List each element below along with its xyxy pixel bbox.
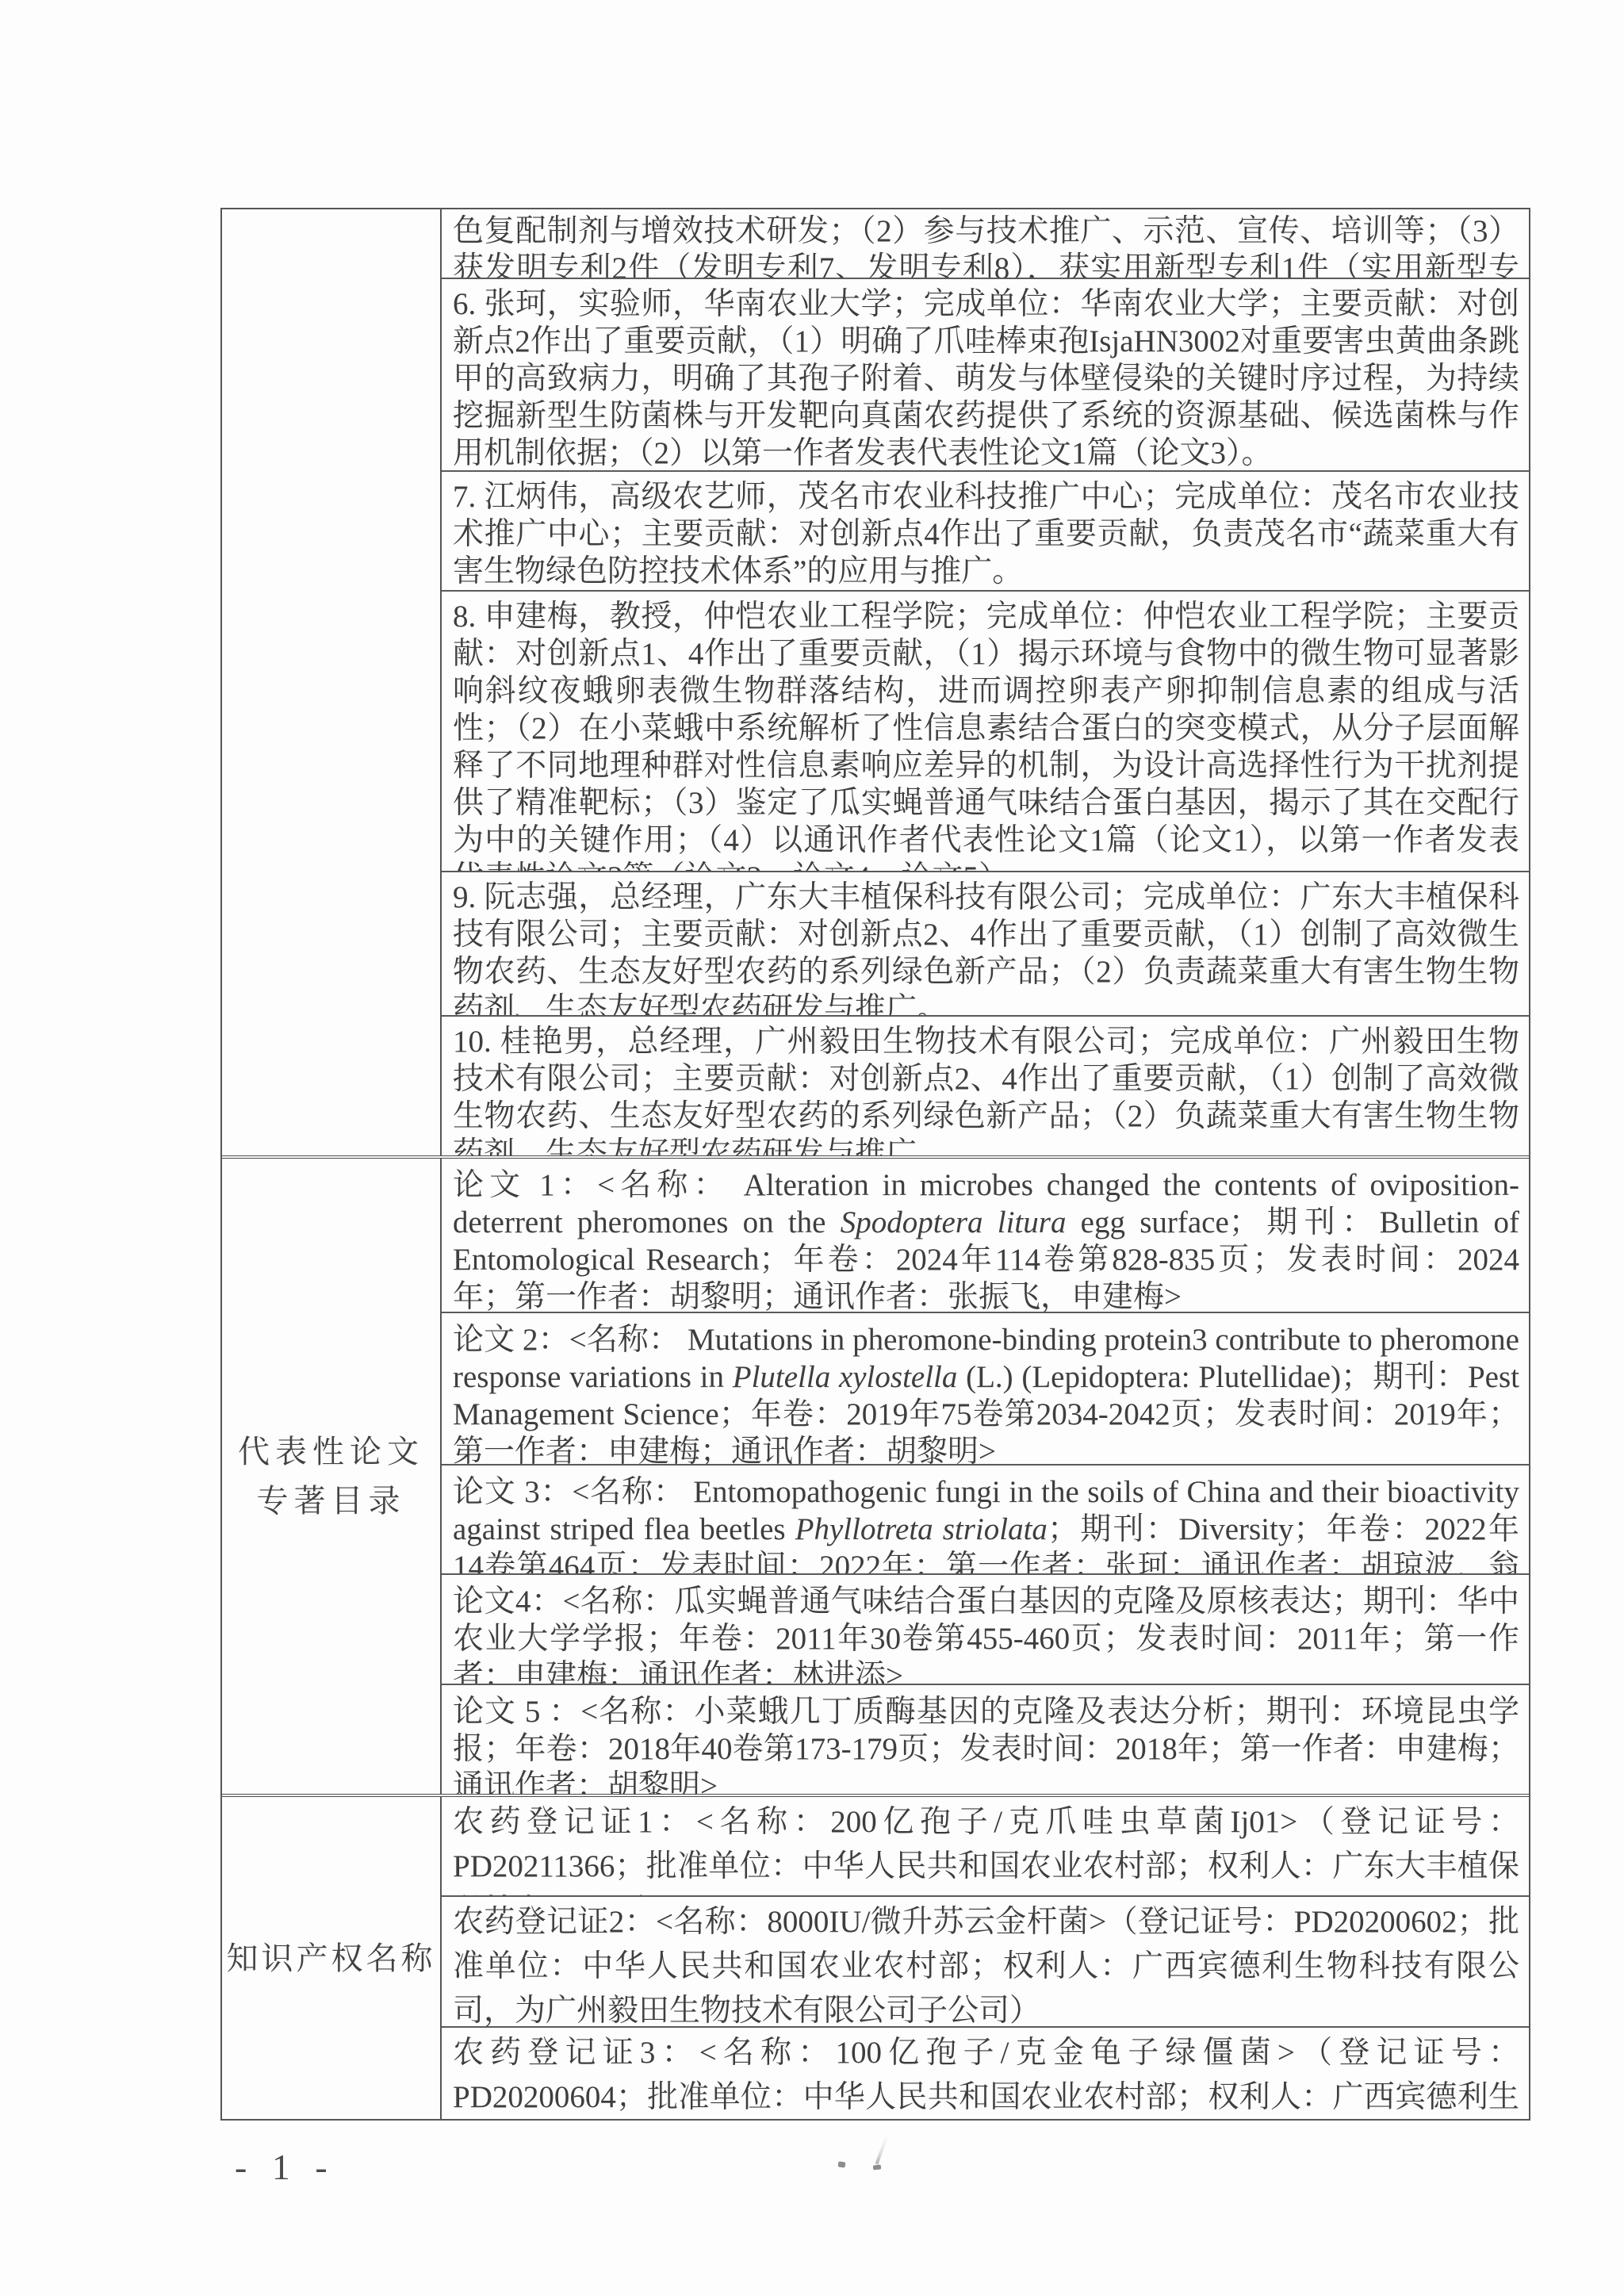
paper-row-2: 论文 2：<名称： Mutations in pheromone-binding… [442, 1312, 1529, 1464]
ip-row-1: 农药登记证1：<名称：200亿孢子/克爪哇虫草菌Ij01>（登记证号：PD202… [442, 1797, 1529, 1895]
ip-text: 农药登记证1：<名称：200亿孢子/克爪哇虫草菌Ij01>（登记证号：PD202… [453, 1805, 1519, 1895]
scanned-document-page: { "document": { "footer": { "page_number… [0, 0, 1624, 2295]
ip-section: 知识产权名称 农药登记证1：<名称：200亿孢子/克爪哇虫草菌Ij01>（登记证… [222, 1794, 1529, 2121]
papers-label-cell: 代表性论文 专著目录 [222, 1159, 442, 1794]
ip-label-cell: 知识产权名称 [222, 1797, 442, 2121]
ip-section-label: 知识产权名称 [227, 1934, 436, 1983]
paper-text: 论文 5 ：<名称：小菜蛾几丁质酶基因的克隆及表达分析；期刊：环境昆虫学报；年卷… [453, 1695, 1519, 1794]
page-background: 色复配制剂与增效技术研发；（2）参与技术推广、示范、宣传、培训等；（3）获发明专… [0, 0, 1624, 2295]
paper-row-1: 论文 1：<名称： Alteration in microbes changed… [442, 1159, 1529, 1312]
contributor-row-9: 9. 阮志强，总经理，广东大丰植保科技有限公司；完成单位：广东大丰植保科技有限公… [442, 871, 1529, 1015]
ip-content-column: 农药登记证1：<名称：200亿孢子/克爪哇虫草菌Ij01>（登记证号：PD202… [442, 1797, 1529, 2121]
contributor-text: 7. 江炳伟，高级农艺师，茂名市农业科技推广中心；完成单位：茂名市农业技术推广中… [453, 480, 1519, 588]
papers-content-column: 论文 1：<名称： Alteration in microbes changed… [442, 1159, 1529, 1794]
papers-section: 代表性论文 专著目录 论文 1：<名称： Alteration in micro… [222, 1155, 1529, 1794]
contributor-text: 色复配制剂与增效技术研发；（2）参与技术推广、示范、宣传、培训等；（3）获发明专… [453, 214, 1519, 278]
paper-text: 论文4：<名称：瓜实蝇普通气味结合蛋白基因的克隆及原核表达；期刊：华中农业大学学… [453, 1584, 1519, 1684]
paper-species-italic: Plutella xylostella [733, 1360, 958, 1394]
ip-text: 农药登记证3：<名称：100亿孢子/克金龟子绿僵菌>（登记证号：PD202006… [453, 2036, 1519, 2121]
paper-species-italic: Phyllotreta striolata [795, 1512, 1048, 1546]
contributors-label-cell [222, 209, 442, 1155]
contributor-text: 10. 桂艳男，总经理，广州毅田生物技术有限公司；完成单位：广州毅田生物技术有限… [453, 1025, 1519, 1155]
contributor-text: 9. 阮志强，总经理，广东大丰植保科技有限公司；完成单位：广东大丰植保科技有限公… [453, 880, 1519, 1015]
contributors-section: 色复配制剂与增效技术研发；（2）参与技术推广、示范、宣传、培训等；（3）获发明专… [222, 209, 1529, 1155]
form-table: 色复配制剂与增效技术研发；（2）参与技术推广、示范、宣传、培训等；（3）获发明专… [220, 208, 1530, 2121]
papers-section-label-line2: 专著目录 [257, 1477, 406, 1526]
contributor-text: 8. 申建梅，教授，仲恺农业工程学院；完成单位：仲恺农业工程学院；主要贡献：对创… [453, 600, 1519, 871]
paper-row-3: 论文 3：<名称： Entomopathogenic fungi in the … [442, 1464, 1529, 1573]
contributor-row-8: 8. 申建梅，教授，仲恺农业工程学院；完成单位：仲恺农业工程学院；主要贡献：对创… [442, 590, 1529, 871]
paper-species-italic: Spodoptera litura [841, 1205, 1067, 1239]
ip-text: 农药登记证2：<名称：8000IU/微升苏云金杆菌>（登记证号：PD202006… [453, 1905, 1519, 2026]
scan-artifact-dot [838, 2161, 846, 2167]
paper-row-5: 论文 5 ：<名称：小菜蛾几丁质酶基因的克隆及表达分析；期刊：环境昆虫学报；年卷… [442, 1684, 1529, 1794]
ip-row-3: 农药登记证3：<名称：100亿孢子/克金龟子绿僵菌>（登记证号：PD202006… [442, 2026, 1529, 2121]
paper-row-4: 论文4：<名称：瓜实蝇普通气味结合蛋白基因的克隆及原核表达；期刊：华中农业大学学… [442, 1573, 1529, 1684]
contributor-row-7: 7. 江炳伟，高级农艺师，茂名市农业科技推广中心；完成单位：茂名市农业技术推广中… [442, 470, 1529, 590]
contributor-row-10: 10. 桂艳男，总经理，广州毅田生物技术有限公司；完成单位：广州毅田生物技术有限… [442, 1015, 1529, 1155]
scan-artifact-smudge [875, 2135, 889, 2164]
contributor-row-continued: 色复配制剂与增效技术研发；（2）参与技术推广、示范、宣传、培训等；（3）获发明专… [442, 209, 1529, 278]
papers-section-label-line1: 代表性论文 [238, 1427, 424, 1477]
ip-row-2: 农药登记证2：<名称：8000IU/微升苏云金杆菌>（登记证号：PD202006… [442, 1895, 1529, 2026]
contributor-row-6: 6. 张珂，实验师，华南农业大学；完成单位：华南农业大学；主要贡献：对创新点2作… [442, 278, 1529, 470]
scan-artifact-dot [873, 2164, 882, 2170]
page-number: - 1 - [235, 2146, 335, 2188]
contributor-text: 6. 张珂，实验师，华南农业大学；完成单位：华南农业大学；主要贡献：对创新点2作… [453, 287, 1519, 470]
contributors-content-column: 色复配制剂与增效技术研发；（2）参与技术推广、示范、宣传、培训等；（3）获发明专… [442, 209, 1529, 1155]
